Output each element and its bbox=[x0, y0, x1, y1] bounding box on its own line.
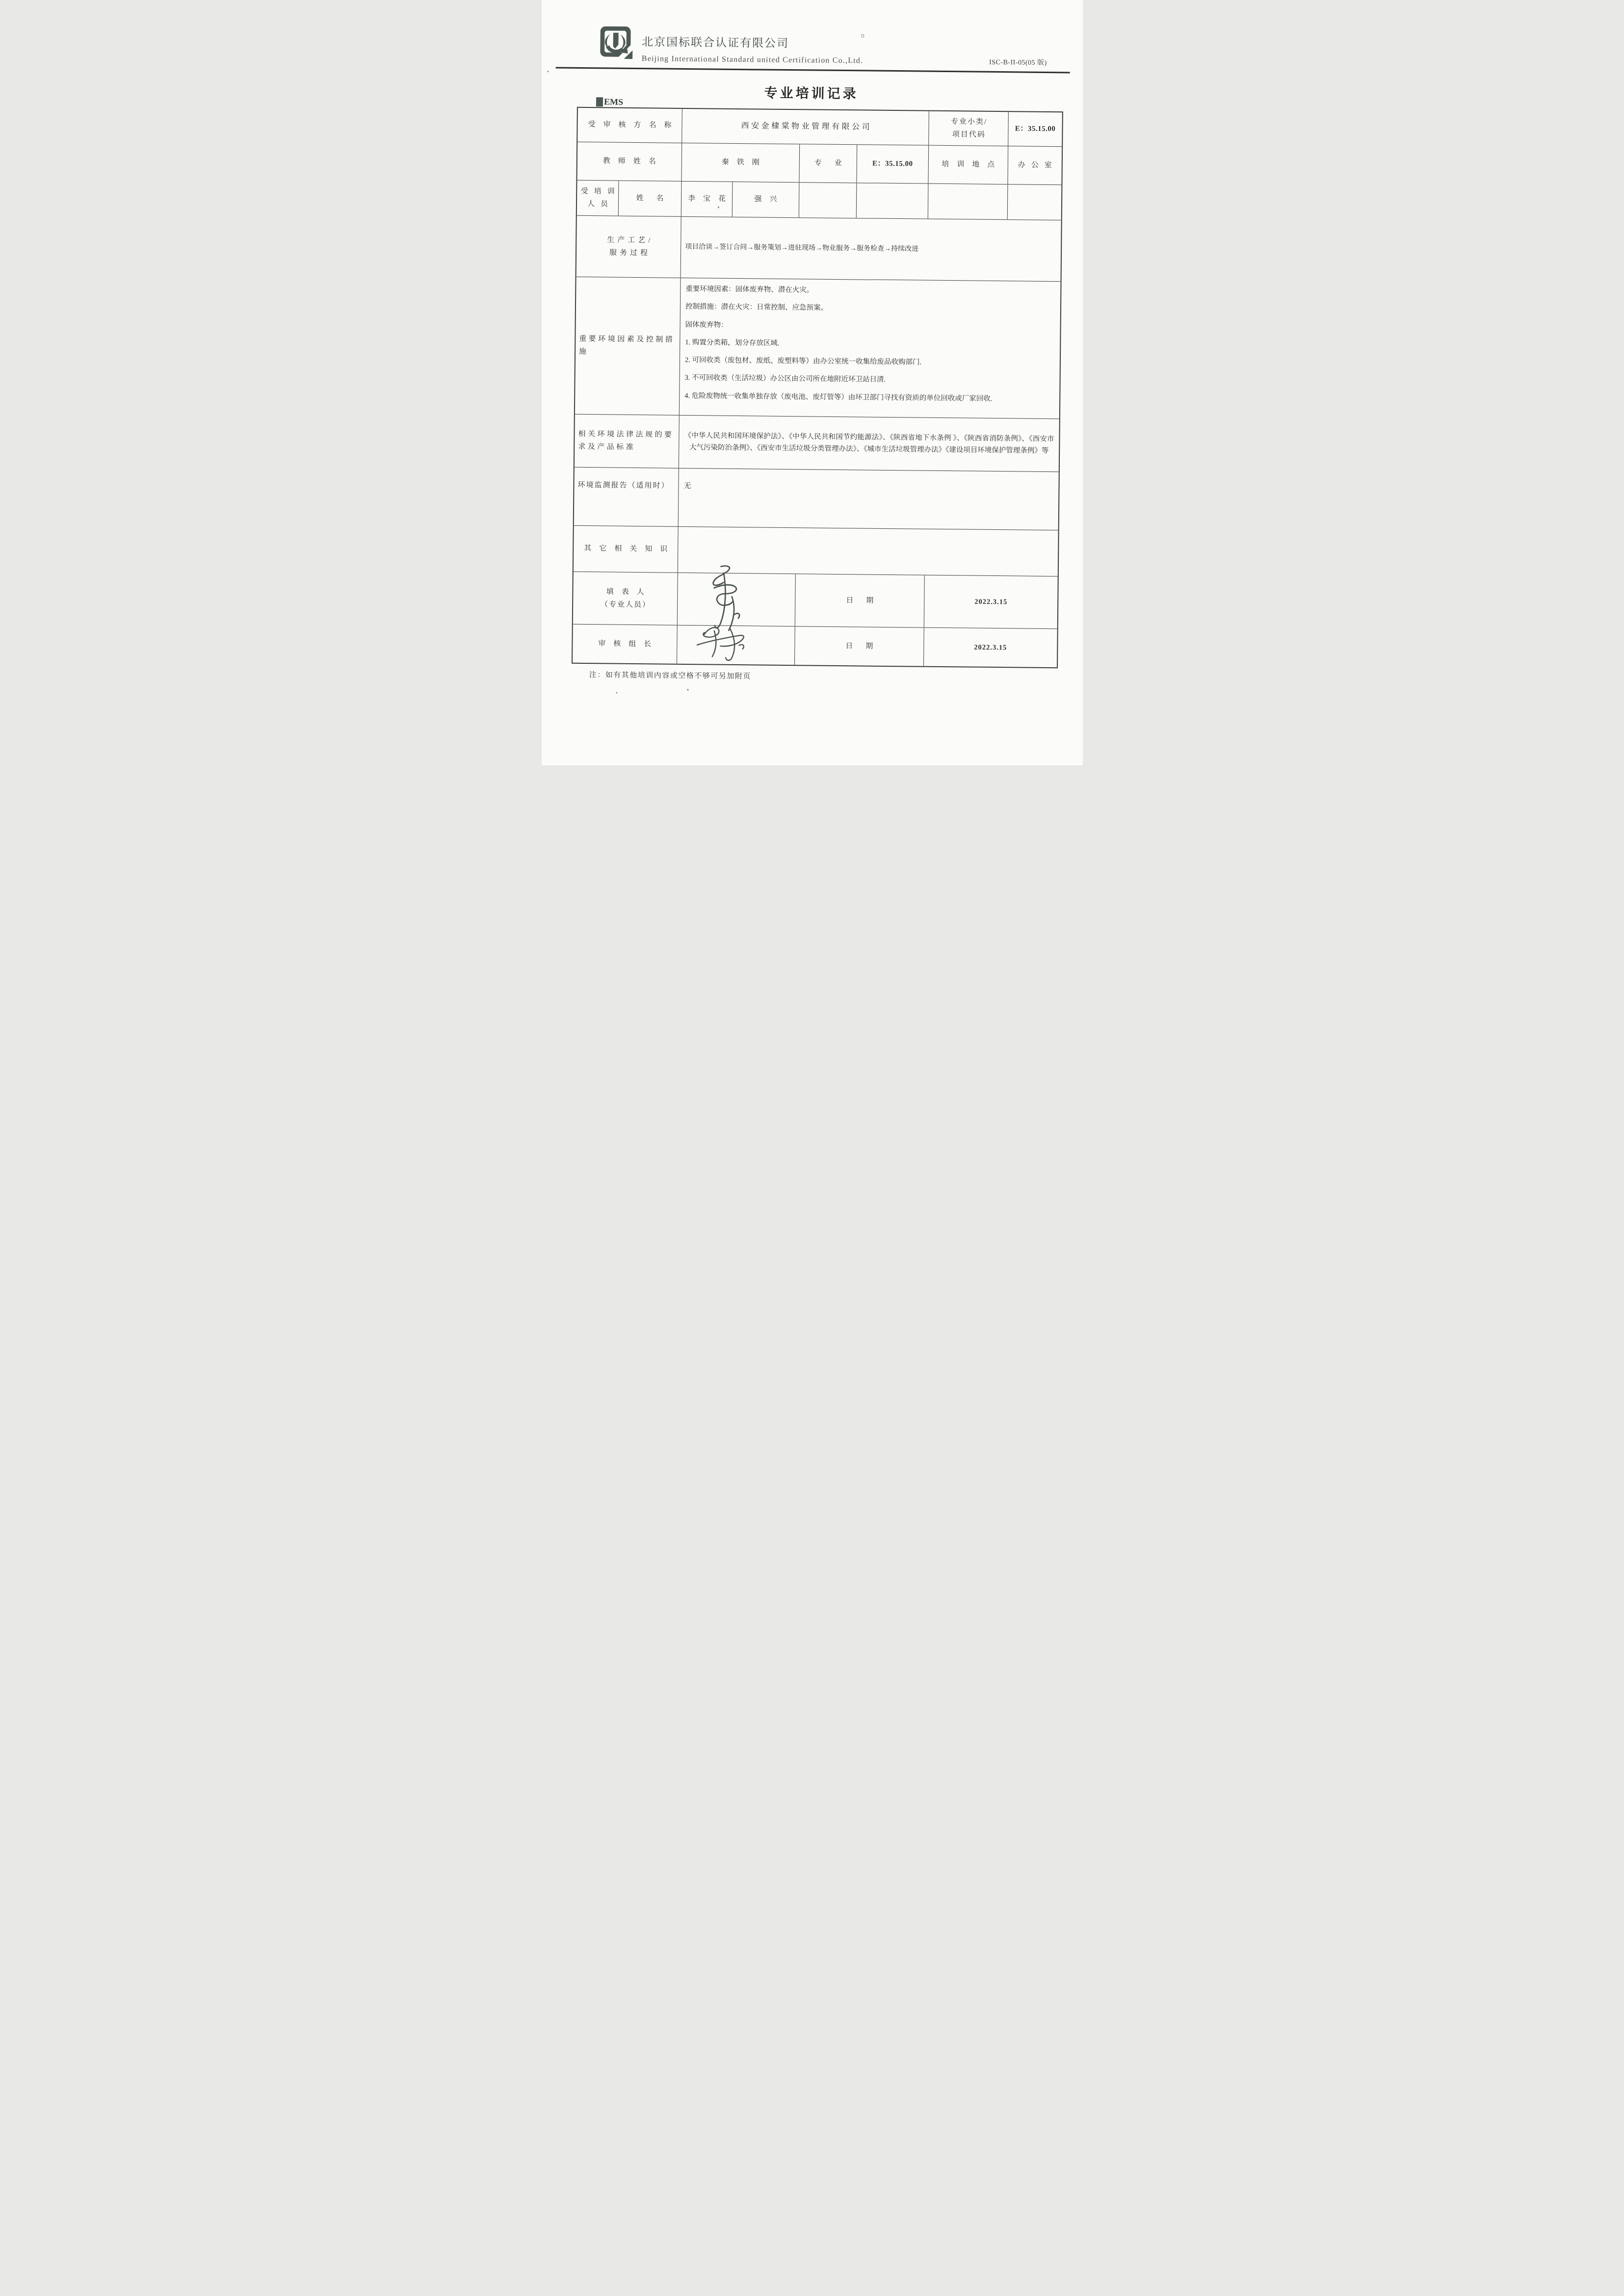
scan-speck bbox=[547, 71, 549, 72]
ems-label: EMS bbox=[603, 97, 623, 107]
env-factors-label: 重要环境因素及控制措施 bbox=[575, 333, 681, 359]
location-label-cell: 培训地点 bbox=[928, 146, 1008, 184]
preparer-label-cell: 填表人 （专业人员） bbox=[573, 572, 678, 625]
company-name-en: Beijing International Standard united Ce… bbox=[641, 54, 863, 65]
trainee-empty-cell-2 bbox=[856, 183, 928, 218]
row-teacher: 教师姓名 秦铁刚 专业 E：35.15.00 培训地点 办公室 bbox=[577, 142, 1062, 184]
trainee-2-cell: 强兴 bbox=[732, 182, 799, 217]
auditor-label-cell: 审核组长 bbox=[573, 625, 678, 664]
major-code: E：35.15.00 bbox=[872, 159, 913, 170]
process-label-line1: 生产工艺/ bbox=[607, 235, 653, 246]
subcategory-label-line1: 专业小类/ bbox=[950, 117, 987, 128]
env-factor-line: 固体废弃物： bbox=[685, 320, 1055, 334]
auditor-signature-cell bbox=[677, 626, 795, 665]
subcategory-label-cell: 专业小类/ 项目代码 bbox=[929, 111, 1009, 146]
preparer-label-line2: （专业人员） bbox=[601, 600, 651, 610]
preparer-date: 2022.3.15 bbox=[974, 597, 1007, 607]
monitoring-value: 无 bbox=[679, 469, 691, 492]
scan-speck bbox=[717, 207, 719, 209]
scan-speck bbox=[861, 34, 864, 37]
auditor-signature bbox=[691, 621, 749, 663]
teacher-label: 教师姓名 bbox=[602, 156, 663, 167]
other-label-cell: 其它相关知识 bbox=[573, 526, 678, 573]
auditee-label: 受审核方名称 bbox=[588, 120, 679, 131]
teacher-label-cell: 教师姓名 bbox=[577, 142, 682, 181]
laws-text: 《中华人民共和国环境保护法》、《中华人民共和国节约能源法》、《陕西省地下水条例 … bbox=[679, 428, 1059, 459]
ems-square-icon bbox=[596, 97, 602, 106]
trainee-label-line2: 人员 bbox=[580, 199, 620, 210]
trainee-empty-cell-1 bbox=[799, 183, 857, 218]
scan-speck bbox=[616, 692, 617, 694]
env-factor-line: 2. 可回收类（废包材、废纸、废塑料等）由办公室统一收集给废品收购部门. bbox=[684, 355, 1054, 369]
row-other-knowledge: 其它相关知识 bbox=[573, 525, 1058, 576]
env-factor-line: 3. 不可回收类（生活垃圾）办公区由公司所在地附近环卫站日清. bbox=[684, 373, 1054, 387]
subcategory-code-cell: E：35.15.00 bbox=[1008, 112, 1062, 146]
certification-logo-icon bbox=[599, 26, 636, 62]
auditor-date-cell: 2022.3.15 bbox=[923, 628, 1057, 668]
trainee-empty-cell-4 bbox=[1007, 184, 1061, 220]
trainee-2: 强兴 bbox=[754, 194, 785, 205]
process-value-cell: 项目洽谈→签订合同→服务策划→进驻现场→物业服务→服务检查→持续改进 bbox=[681, 217, 1061, 281]
scan-speck bbox=[687, 689, 688, 691]
process-label-cell: 生产工艺/ 服务过程 bbox=[576, 216, 681, 278]
other-label: 其它相关知识 bbox=[584, 544, 675, 555]
process-value: 项目洽谈→签订合同→服务策划→进驻现场→物业服务→服务检查→持续改进 bbox=[681, 242, 918, 254]
name-label: 姓名 bbox=[636, 193, 676, 204]
laws-label: 相关环境法律法规的要求及产品标准 bbox=[575, 428, 681, 454]
date-label: 日期 bbox=[846, 596, 886, 606]
monitoring-value-cell: 无 bbox=[678, 469, 1058, 530]
training-record-table: 受审核方名称 西安金棣棠物业管理有限公司 专业小类/ 项目代码 E：35.15.… bbox=[572, 107, 1063, 668]
date-label: 日期 bbox=[845, 641, 886, 652]
row-env-factors: 重要环境因素及控制措施 重要环境因素：固体废弃物、潜在火灾。 控制措施：潜在火灾… bbox=[575, 277, 1060, 418]
env-factor-line: 1. 购置分类箱，划分存放区域. bbox=[685, 338, 1055, 351]
trainee-empty-cell-3 bbox=[928, 184, 1008, 220]
header-divider bbox=[555, 67, 1070, 73]
major-label: 专业 bbox=[814, 158, 854, 169]
env-factors-label-cell: 重要环境因素及控制措施 bbox=[575, 277, 681, 415]
paper-sheet: 北京国标联合认证有限公司 Beijing International Stand… bbox=[542, 0, 1083, 765]
laws-label-cell: 相关环境法律法规的要求及产品标准 bbox=[574, 415, 679, 468]
auditee-label-cell: 受审核方名称 bbox=[577, 108, 682, 143]
subcategory-code: E：35.15.00 bbox=[1015, 124, 1055, 134]
auditor-date: 2022.3.15 bbox=[974, 642, 1007, 652]
preparer-date-label-cell: 日期 bbox=[795, 574, 924, 627]
major-code-cell: E：35.15.00 bbox=[857, 145, 929, 183]
company-name-cn: 北京国标联合认证有限公司 bbox=[642, 33, 864, 51]
env-factor-line: 重要环境因素：固体废弃物、潜在火灾。 bbox=[685, 284, 1055, 298]
row-process: 生产工艺/ 服务过程 项目洽谈→签订合同→服务策划→进驻现场→物业服务→服务检查… bbox=[576, 215, 1061, 281]
location-value: 办公室 bbox=[1018, 160, 1057, 171]
ems-marker: EMS bbox=[596, 97, 623, 107]
teacher-name: 秦铁刚 bbox=[721, 157, 767, 168]
scanned-training-record-page: 北京国标联合认证有限公司 Beijing International Stand… bbox=[542, 0, 1083, 765]
row-trainees: 受培训 人员 姓名 李宝花 强兴 bbox=[576, 180, 1061, 220]
env-factors-value-cell: 重要环境因素：固体废弃物、潜在火灾。 控制措施：潜在火灾：日常控制、应急预案。 … bbox=[679, 278, 1060, 418]
subcategory-label-line2: 项目代码 bbox=[950, 130, 987, 140]
auditor-date-label-cell: 日期 bbox=[795, 626, 924, 666]
trainee-1-cell: 李宝花 bbox=[681, 182, 733, 217]
process-label-line2: 服务过程 bbox=[606, 248, 653, 259]
trainee-label-line1: 受培训 bbox=[580, 186, 620, 197]
row-laws: 相关环境法律法规的要求及产品标准 《中华人民共和国环境保护法》、《中华人民共和国… bbox=[574, 414, 1059, 471]
auditor-label: 审核组长 bbox=[598, 639, 659, 650]
preparer-label-line1: 填表人 bbox=[601, 587, 657, 598]
laws-value-cell: 《中华人民共和国环境保护法》、《中华人民共和国节约能源法》、《陕西省地下水条例 … bbox=[679, 416, 1059, 471]
env-factor-line: 4. 危险废物统一收集单独存放（废电池、废灯管等）由环卫部门寻找有资质的单位回收… bbox=[684, 391, 1001, 405]
row-auditee: 受审核方名称 西安金棣棠物业管理有限公司 专业小类/ 项目代码 E：35.15.… bbox=[577, 108, 1062, 146]
preparer-date-cell: 2022.3.15 bbox=[924, 575, 1057, 629]
company-brand: 北京国标联合认证有限公司 Beijing International Stand… bbox=[641, 33, 863, 65]
location-label: 培训地点 bbox=[942, 159, 1002, 170]
row-preparer: 填表人 （专业人员） 日期 2022 bbox=[573, 572, 1057, 628]
row-monitoring: 环境监测报告（适用时） 无 bbox=[574, 467, 1058, 530]
teacher-name-cell: 秦铁刚 bbox=[681, 143, 800, 182]
trainee-label-cell: 受培训 人员 bbox=[576, 181, 619, 216]
preparer-signature-cell bbox=[677, 573, 795, 626]
auditee-value-cell: 西安金棣棠物业管理有限公司 bbox=[682, 109, 929, 145]
trainee-1: 李宝花 bbox=[687, 194, 733, 205]
location-value-cell: 办公室 bbox=[1008, 146, 1062, 184]
auditee-value: 西安金棣棠物业管理有限公司 bbox=[741, 121, 872, 133]
name-label-cell: 姓名 bbox=[618, 181, 681, 216]
monitoring-label: 环境监测报告（适用时） bbox=[574, 468, 671, 493]
footnote: 注：如有其他培训内容或空格不够可另加附页 bbox=[589, 669, 751, 681]
row-auditor: 审核组长 日期 2022.3.15 bbox=[573, 624, 1057, 667]
major-label-cell: 专业 bbox=[799, 144, 857, 183]
env-factor-line: 控制措施：潜在火灾：日常控制、应急预案。 bbox=[685, 302, 1055, 315]
monitoring-label-cell: 环境监测报告（适用时） bbox=[574, 468, 679, 526]
document-code: ISC-B-II-05(05 版) bbox=[989, 57, 1047, 67]
